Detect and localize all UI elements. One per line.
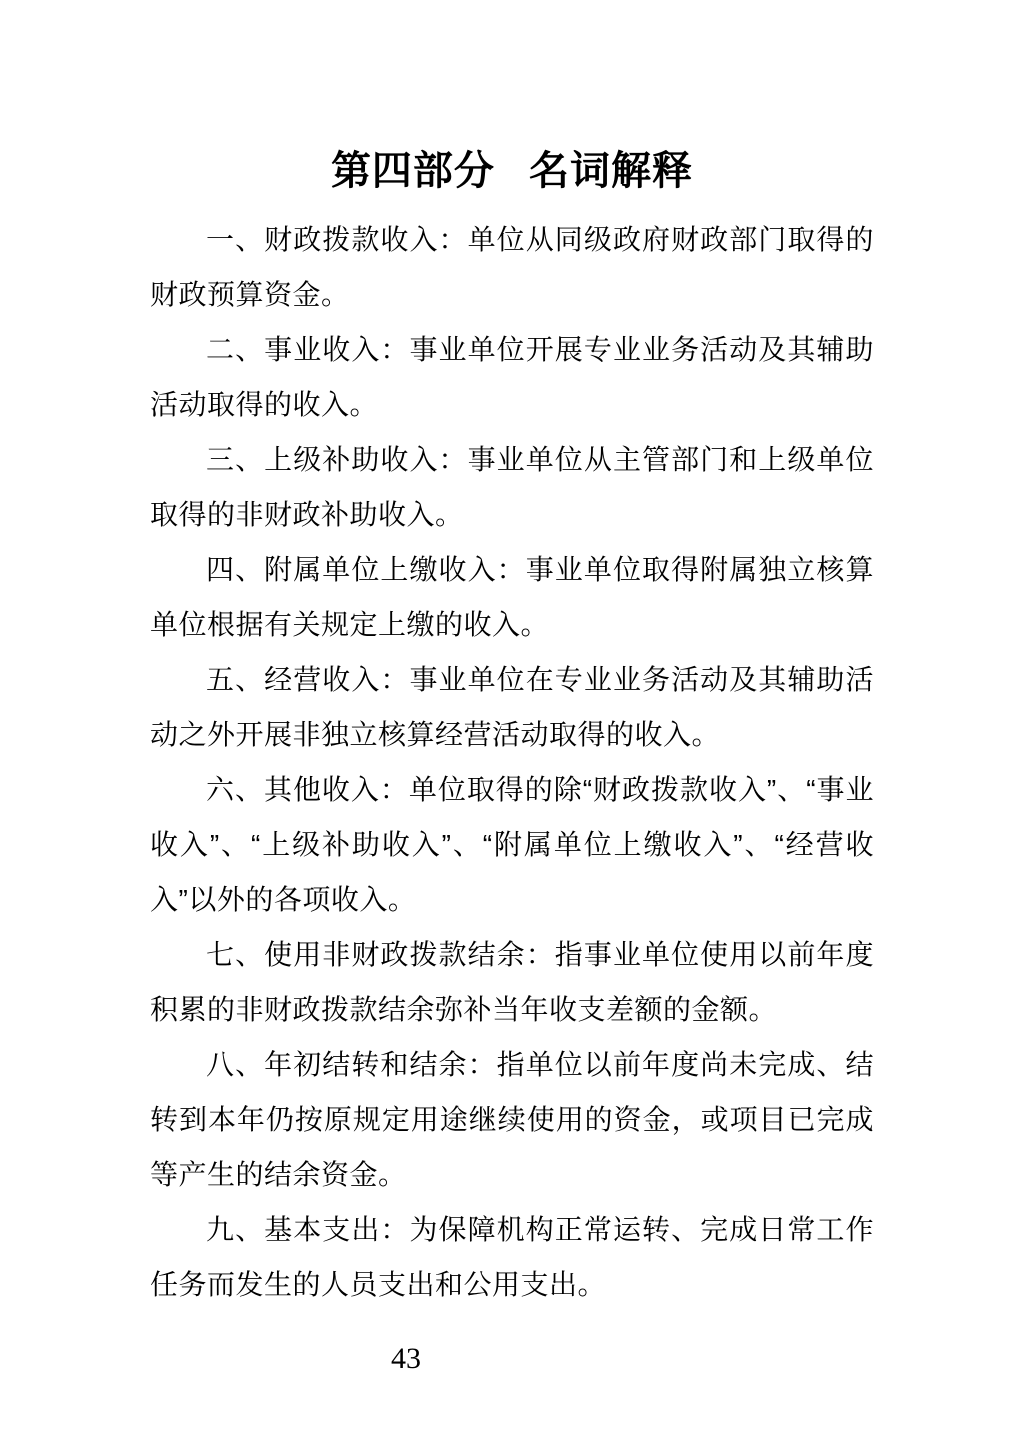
glossary-paragraph-9: 九、基本支出：为保障机构正常运转、完成日常工作任务而发生的人员支出和公用支出。	[150, 1202, 874, 1312]
document-content: 第四部分 名词解释 一、财政拨款收入：单位从同级政府财政部门取得的财政预算资金。…	[0, 0, 1024, 1312]
glossary-paragraph-5: 五、经营收入：事业单位在专业业务活动及其辅助活动之外开展非独立核算经营活动取得的…	[150, 652, 874, 762]
glossary-paragraph-1: 一、财政拨款收入：单位从同级政府财政部门取得的财政预算资金。	[150, 212, 874, 322]
glossary-paragraph-3: 三、上级补助收入：事业单位从主管部门和上级单位取得的非财政补助收入。	[150, 432, 874, 542]
page-title: 第四部分 名词解释	[150, 146, 874, 196]
glossary-paragraph-6: 六、其他收入：单位取得的除“财政拨款收入”、“事业收入”、“上级补助收入”、“附…	[150, 762, 874, 927]
glossary-paragraph-8: 八、年初结转和结余：指单位以前年度尚未完成、结转到本年仍按原规定用途继续使用的资…	[150, 1037, 874, 1202]
glossary-paragraph-4: 四、附属单位上缴收入：事业单位取得附属独立核算单位根据有关规定上缴的收入。	[150, 542, 874, 652]
page-number: 43	[376, 1340, 436, 1378]
document-page: 第四部分 名词解释 一、财政拨款收入：单位从同级政府财政部门取得的财政预算资金。…	[0, 0, 1024, 1448]
glossary-paragraph-7: 七、使用非财政拨款结余：指事业单位使用以前年度积累的非财政拨款结余弥补当年收支差…	[150, 927, 874, 1037]
glossary-paragraph-2: 二、事业收入：事业单位开展专业业务活动及其辅助活动取得的收入。	[150, 322, 874, 432]
